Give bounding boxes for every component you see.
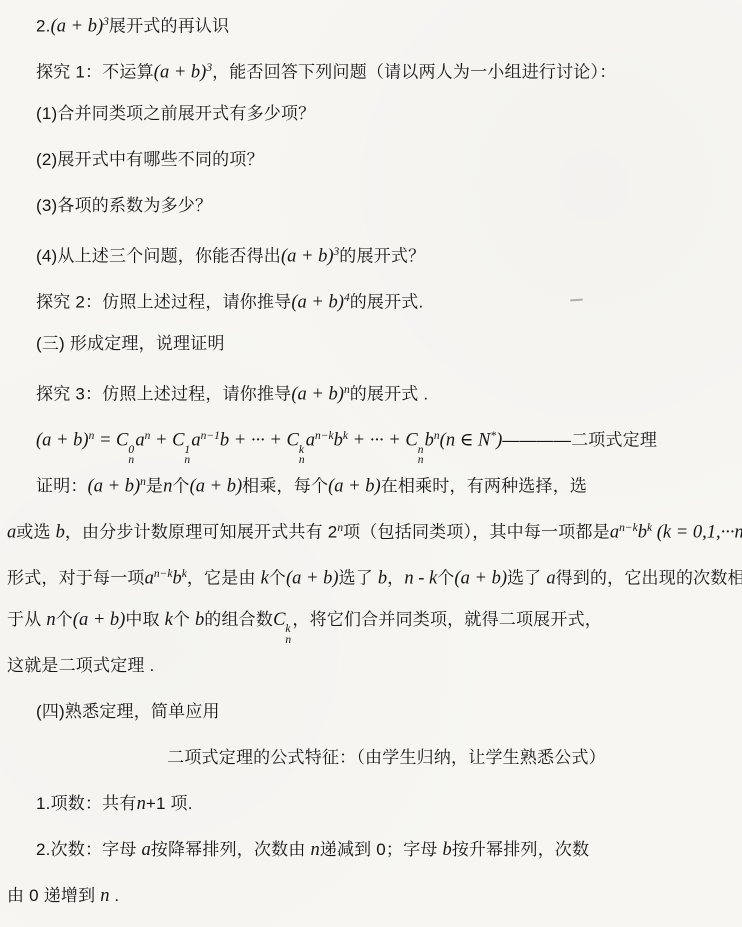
- math-run: a: [610, 523, 619, 543]
- text-run: 按降幂排列，次数由: [151, 840, 311, 859]
- text-run: 个: [437, 569, 454, 588]
- math-run: a: [191, 431, 200, 451]
- text-run: +1 项.: [146, 794, 193, 813]
- question-4: (4)从上述三个问题，你能否得出(a + b)3的展开式？: [7, 239, 736, 265]
- text-run: (三) 形成定理，说理证明: [36, 334, 225, 353]
- math-run: k: [261, 569, 269, 589]
- math-supsub: 0n: [128, 445, 134, 466]
- math-run: (k = 0,1,···n): [652, 523, 742, 543]
- proof-line-2: a或选 b，由分步计数原理可知展开式共有 2n项（包括同类项），其中每一项都是a…: [7, 515, 736, 541]
- math-run: b: [425, 431, 434, 451]
- feature-1: 1.项数：共有n+1 项.: [7, 791, 736, 817]
- text-run: 的展开式？: [339, 247, 425, 266]
- math-run: b: [638, 523, 647, 543]
- section-title: 2.(a + b)3展开式的再认识: [7, 9, 736, 35]
- document-page: 2.(a + b)3展开式的再认识探究 1：不运算(a + b)3，能否回答下列…: [0, 0, 742, 927]
- text-run: 按升幂排列，次数: [452, 840, 590, 859]
- text-run: 探究 3：仿照上述过程，请你推导: [36, 385, 291, 404]
- math-run: (a + b): [328, 477, 381, 497]
- math-superscript: n−k: [619, 522, 638, 534]
- text-run: 个: [173, 610, 195, 629]
- text-run: (4)从上述三个问题，你能否得出: [36, 247, 281, 266]
- math-run: C: [273, 610, 285, 630]
- math-run: a: [7, 523, 16, 543]
- text-run: 由 0 递增到: [7, 886, 100, 905]
- text-run: 选了: [339, 569, 378, 588]
- math-run: (a + b): [281, 247, 334, 267]
- text-run: 2.: [36, 17, 51, 36]
- text-run: (1)合并同类项之前展开式有多少项？: [36, 104, 315, 123]
- math-run: b: [195, 610, 204, 630]
- inquiry-1: 探究 1：不运算(a + b)3，能否回答下列问题（请以两人为一小组进行讨论）：: [7, 55, 736, 81]
- math-run: (a + b): [73, 610, 126, 630]
- question-2: (2)展开式中有哪些不同的项？: [7, 147, 736, 173]
- math-run: n: [163, 477, 172, 497]
- proof-line-5: 这就是二项式定理 .: [7, 653, 736, 679]
- text-run: (四)熟悉定理，简单应用: [36, 702, 220, 721]
- math-run: (a + b): [190, 477, 243, 497]
- text-run: .: [109, 886, 119, 905]
- math-run: (a + b): [291, 385, 344, 405]
- proof-line-1: 证明：(a + b)n是n个(a + b)相乘，每个(a + b)在相乘时，有两…: [7, 469, 736, 495]
- text-run: 1.项数：共有: [36, 794, 137, 813]
- math-run: a: [306, 431, 315, 451]
- math-run: (n ∈ N: [440, 431, 491, 451]
- text-run: 个: [56, 610, 73, 629]
- section-3-heading: (三) 形成定理，说理证明: [7, 331, 736, 357]
- feature-2-cont: 由 0 递增到 n .: [7, 883, 736, 909]
- inquiry-3: 探究 3：仿照上述过程，请你推导(a + b)n的展开式 .: [7, 377, 736, 403]
- text-run: 的展开式.: [350, 293, 424, 312]
- text-run: 是: [146, 477, 163, 496]
- text-run: ————二项式定理: [502, 431, 657, 450]
- text-run: ，将它们合并同类项，就得二项展开式，: [292, 610, 602, 629]
- math-run: + ··· + C: [348, 431, 418, 451]
- math-run: + C: [150, 431, 184, 451]
- math-run: = C: [94, 431, 128, 451]
- math-run: b: [56, 523, 65, 543]
- question-1: (1)合并同类项之前展开式有多少项？: [7, 101, 736, 127]
- math-run: n: [311, 840, 320, 860]
- text-run: 2.次数：字母: [36, 840, 142, 859]
- binomial-theorem-formula: (a + b)n = C0nan + C1nan−1b + ··· + Ckna…: [7, 423, 736, 449]
- feature-2: 2.次数：字母 a按降幂排列，次数由 n递减到 0；字母 b按升幂排列，次数: [7, 837, 736, 863]
- math-run: (a + b): [286, 569, 339, 589]
- math-run: (a + b): [291, 293, 344, 313]
- text-run: 探究 2：仿照上述过程，请你推导: [36, 293, 291, 312]
- text-run: 递减到 0；字母: [320, 840, 443, 859]
- math-run: k: [165, 610, 173, 630]
- math-superscript: n−k: [315, 430, 334, 442]
- text-run: 证明：: [36, 477, 88, 496]
- text-run: (3)各项的系数为多少？: [36, 196, 212, 215]
- inquiry-2: 探究 2：仿照上述过程，请你推导(a + b)4的展开式.: [7, 285, 736, 311]
- math-run: b: [442, 840, 451, 860]
- text-run: ，: [387, 569, 404, 588]
- text-run: (2)展开式中有哪些不同的项？: [36, 150, 264, 169]
- text-run: 个: [269, 569, 286, 588]
- math-run: a: [135, 431, 144, 451]
- math-run: b: [334, 431, 343, 451]
- math-run: a: [145, 569, 154, 589]
- text-run: ，它是由: [187, 569, 261, 588]
- math-run: n: [137, 794, 146, 814]
- formula-features-heading: 二项式定理的公式特征：（由学生归纳，让学生熟悉公式）: [7, 745, 736, 771]
- math-supsub: nn: [418, 445, 424, 466]
- math-superscript: n−k: [154, 568, 173, 580]
- text-run: 这就是二项式定理 .: [7, 656, 154, 675]
- text-run: 个: [172, 477, 189, 496]
- document-body: 2.(a + b)3展开式的再认识探究 1：不运算(a + b)3，能否回答下列…: [7, 9, 736, 909]
- math-run: (a + b): [454, 569, 507, 589]
- math-run: b + ··· + C: [220, 431, 299, 451]
- proof-line-4: 于从 n个(a + b)中取 k个 b的组合数Ckn，将它们合并同类项，就得二项…: [7, 607, 736, 633]
- math-run: (a + b): [88, 477, 141, 497]
- math-run: a: [546, 569, 555, 589]
- text-run: 二项式定理的公式特征：（由学生归纳，让学生熟悉公式）: [167, 748, 606, 767]
- text-run: 或选: [16, 523, 55, 542]
- text-run: 得到的，它出现的次数相当: [556, 569, 742, 588]
- math-run: n: [46, 610, 55, 630]
- text-run: 的展开式 .: [350, 385, 429, 404]
- math-run: (a + b): [51, 17, 104, 37]
- text-run: 相乘，每个: [242, 477, 328, 496]
- text-run: 项（包括同类项），其中每一项都是: [343, 523, 610, 542]
- text-run: 展开式的再认识: [109, 17, 229, 36]
- question-3: (3)各项的系数为多少？: [7, 193, 736, 219]
- math-run: a: [142, 840, 151, 860]
- proof-line-3: 形式，对于每一项an−kbk，它是由 k个(a + b)选了 b，n - k个(…: [7, 561, 736, 587]
- section-4-heading: (四)熟悉定理，简单应用: [7, 699, 736, 725]
- text-run: ，由分步计数原理可知展开式共有 2: [65, 523, 338, 542]
- text-run: 形式，对于每一项: [7, 569, 145, 588]
- math-run: b: [378, 569, 387, 589]
- math-run: b: [172, 569, 181, 589]
- text-run: 于从: [7, 610, 46, 629]
- math-run: n - k: [404, 569, 437, 589]
- text-run: 在相乘时，有两种选择，选: [381, 477, 587, 496]
- math-supsub: kn: [285, 624, 291, 645]
- text-run: 探究 1：不运算: [36, 63, 154, 82]
- math-run: (a + b): [36, 431, 89, 451]
- text-run: 的组合数: [204, 610, 273, 629]
- math-supsub: kn: [299, 445, 305, 466]
- math-superscript: n−1: [201, 430, 220, 442]
- math-supsub: 1n: [184, 445, 190, 466]
- text-run: ，能否回答下列问题（请以两人为一小组进行讨论）：: [212, 63, 616, 82]
- text-run: 中取: [125, 610, 164, 629]
- text-run: 选了: [507, 569, 546, 588]
- math-run: (a + b): [154, 63, 207, 83]
